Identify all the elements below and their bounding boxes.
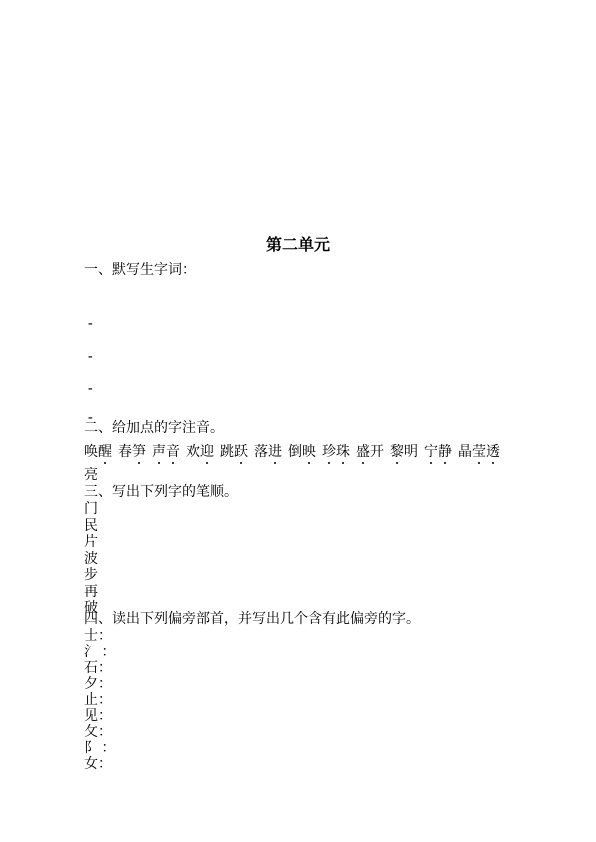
worksheet-page: 第二单元 一、默写生字词： - - - - 二、给加点的字注音。 唤醒春笋声音欢… (0, 0, 596, 842)
character: 亮 (84, 468, 98, 483)
annotated-word: 唤醒 (84, 445, 112, 460)
annotated-word: 春笋 (118, 445, 146, 460)
radical-item: 止： (84, 693, 116, 709)
annotated-word: 宁静 (424, 445, 452, 460)
stroke-order-character: 步 (84, 568, 98, 585)
dotted-character: 笋 (132, 445, 146, 460)
annotated-word: 声音 (152, 445, 180, 460)
radical-item: 石： (84, 661, 116, 677)
stroke-order-character: 波 (84, 552, 98, 569)
annotated-word: 欢迎 (186, 445, 214, 460)
character: 春 (118, 445, 132, 460)
annotated-word: 珍珠 (322, 445, 350, 460)
page-title: 第二单元 (0, 237, 596, 254)
dotted-character: 醒 (98, 445, 112, 460)
radical-item: 阝 ： (84, 741, 116, 757)
dotted-character: 莹 (472, 445, 486, 460)
character: 晶 (458, 445, 472, 460)
annotated-word: 亮 (84, 468, 98, 483)
radical-item: 氵 ： (84, 645, 116, 661)
radical-item: 女： (84, 757, 116, 773)
character: 开 (370, 445, 384, 460)
character: 唤 (84, 445, 98, 460)
section-three-heading: 三、写出下列字的笔顺。 (84, 485, 238, 500)
radical-item: 攵： (84, 725, 116, 741)
dotted-character: 声 (152, 445, 166, 460)
radical-list: 士：氵 ：石：夕：止：见：攵：阝 ：女： (84, 629, 116, 773)
dotted-character: 盛 (356, 445, 370, 460)
character: 明 (404, 445, 418, 460)
dotted-character: 黎 (390, 445, 404, 460)
radical-item: 夕： (84, 677, 116, 693)
section-four-heading: 四、读出下列偏旁部首，并写出几个含有此偏旁的字。 (84, 612, 420, 627)
character: 倒 (288, 445, 302, 460)
section-two-heading: 二、给加点的字注音。 (84, 421, 224, 436)
blank-answer-dash-3: - (88, 381, 93, 396)
dotted-words-line: 唤醒春笋声音欢迎跳跃落进倒映珍珠盛开黎明宁静晶莹透 (84, 445, 506, 460)
annotated-word: 黎明 (390, 445, 418, 460)
dotted-character: 宁 (424, 445, 438, 460)
dotted-character: 跃 (234, 445, 248, 460)
blank-answer-dash-1: - (88, 316, 93, 331)
stroke-order-character: 片 (84, 535, 98, 552)
stroke-order-character: 民 (84, 519, 98, 536)
character: 欢 (186, 445, 200, 460)
character: 跳 (220, 445, 234, 460)
blank-answer-dash-2: - (88, 349, 93, 364)
annotated-word: 落进 (254, 445, 282, 460)
character: 落 (254, 445, 268, 460)
stroke-order-character-list: 门民片波步再破 (84, 502, 98, 618)
dotted-character: 珍 (322, 445, 336, 460)
annotated-word: 盛开 (356, 445, 384, 460)
dotted-character: 映 (302, 445, 316, 460)
dotted-character: 音 (166, 445, 180, 460)
radical-item: 士： (84, 629, 116, 645)
dotted-character: 透 (486, 445, 500, 460)
annotated-word: 跳跃 (220, 445, 248, 460)
annotated-word: 晶莹透 (458, 445, 500, 460)
dotted-words-wrap-line: 亮 (84, 468, 104, 483)
dotted-character: 静 (438, 445, 452, 460)
annotated-word: 倒映 (288, 445, 316, 460)
dotted-character: 进 (268, 445, 282, 460)
stroke-order-character: 再 (84, 585, 98, 602)
dotted-character: 迎 (200, 445, 214, 460)
dotted-character: 珠 (336, 445, 350, 460)
radical-item: 见： (84, 709, 116, 725)
stroke-order-character: 门 (84, 502, 98, 519)
section-one-heading: 一、默写生字词： (84, 263, 196, 278)
